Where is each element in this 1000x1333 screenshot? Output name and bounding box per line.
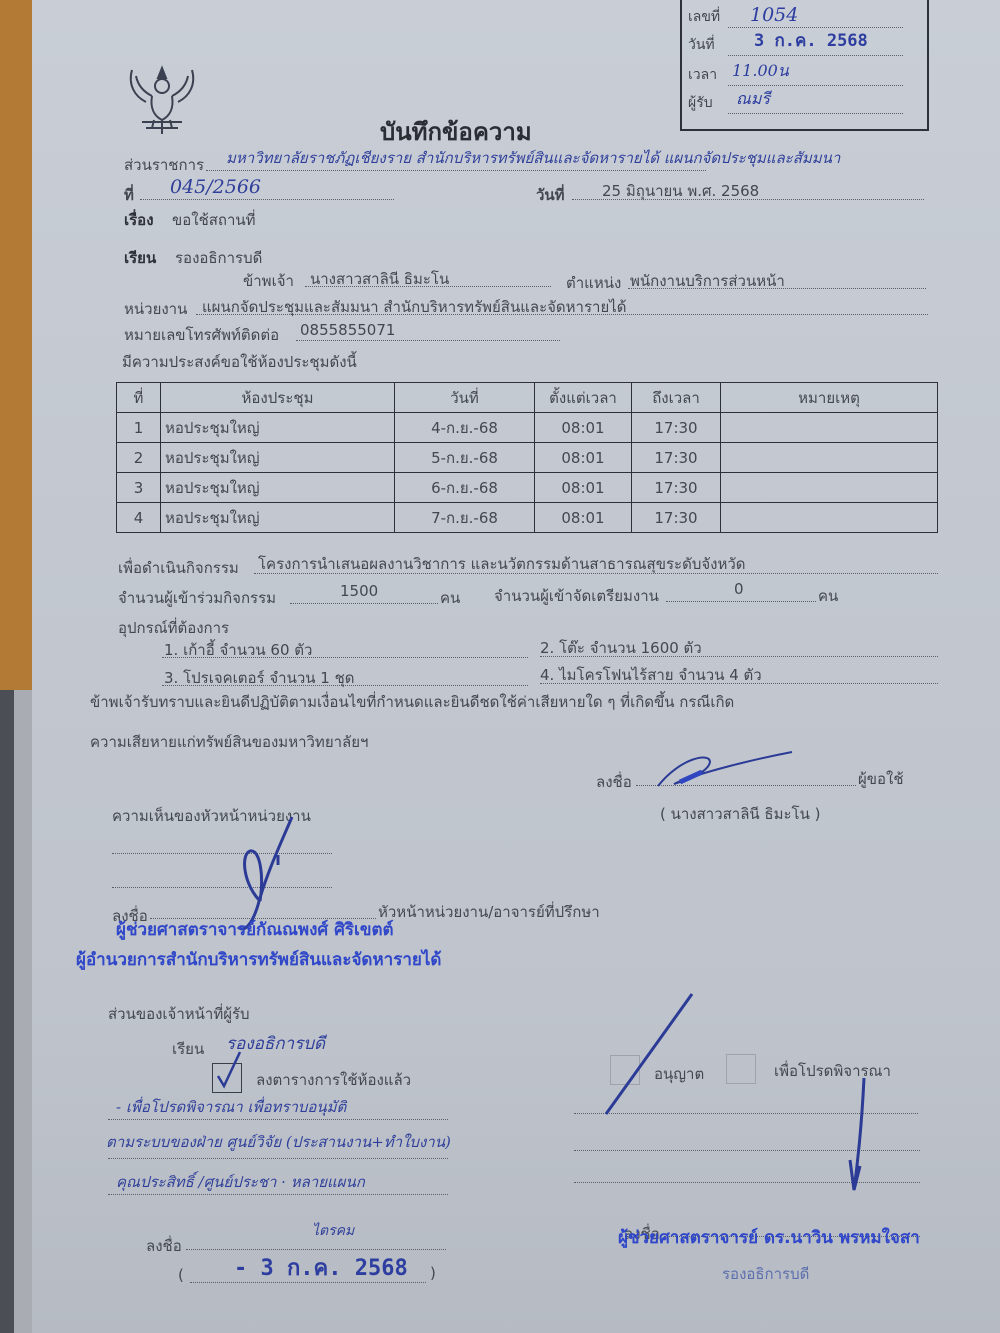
- subject-label: เรื่อง: [124, 208, 154, 232]
- cell-room: หอประชุมใหญ่: [161, 473, 395, 503]
- head-role: หัวหน้าหน่วยงาน/อาจารย์ที่ปรึกษา: [378, 900, 600, 924]
- applicant-role: ผู้ขอใช้: [858, 767, 904, 791]
- receipt-number-label: เลขที่: [688, 6, 720, 28]
- col-header-no: ที่: [117, 383, 161, 413]
- cell-date: 6-ก.ย.-68: [395, 473, 535, 503]
- cell-to: 17:30: [632, 503, 721, 533]
- cell-from: 08:01: [535, 443, 632, 473]
- cell-note: [721, 473, 938, 503]
- agreement-line-2: ความเสียหายแก่ทรัพย์สินของมหาวิทยาลัยฯ: [90, 730, 368, 754]
- equipment-item: 1. เก้าอี้ จำนวน 60 ตัว: [164, 638, 312, 662]
- cell-to: 17:30: [632, 443, 721, 473]
- phone-value: 0855855071: [300, 321, 395, 339]
- unit-label: หน่วยงาน: [124, 297, 187, 321]
- cell-note: [721, 503, 938, 533]
- col-header-note: หมายเหตุ: [721, 383, 938, 413]
- participants-label: จำนวนผู้เข้าร่วมกิจกรรม: [118, 586, 276, 610]
- cell-room: หอประชุมใหญ่: [161, 413, 395, 443]
- agency-value: มหาวิทยาลัยราชภัฏเชียงราย สำนักบริหารทรั…: [226, 146, 840, 170]
- cell-no: 4: [117, 503, 161, 533]
- officer-to-label: เรียน: [172, 1037, 204, 1061]
- to-label: เรียน: [124, 246, 156, 270]
- receipt-date-label: วันที่: [688, 34, 715, 56]
- memo-date-value: 25 มิถุนายน พ.ศ. 2568: [602, 179, 759, 203]
- cell-from: 08:01: [535, 473, 632, 503]
- agency-label: ส่วนราชการ: [124, 153, 204, 177]
- col-header-date: วันที่: [395, 383, 535, 413]
- memo-date-label: วันที่: [536, 183, 565, 207]
- table-row: 3 หอประชุมใหญ่ 6-ก.ย.-68 08:01 17:30: [117, 473, 938, 503]
- equipment-item: 2. โต๊ะ จำนวน 1600 ตัว: [540, 636, 702, 660]
- agreement-line-1: ข้าพเจ้ารับทราบและยินดีปฏิบัติตามเงื่อนไ…: [90, 690, 734, 714]
- room-booking-table: ที่ ห้องประชุม วันที่ ตั้งแต่เวลา ถึงเวล…: [116, 382, 938, 533]
- col-header-room: ห้องประชุม: [161, 383, 395, 413]
- purpose-value: โครงการนำเสนอผลงานวิชาการ และนวัตกรรมด้า…: [258, 552, 746, 576]
- officer-signature: ไตรคม: [312, 1220, 354, 1242]
- checkmark-icon: [212, 1050, 244, 1090]
- receipt-time-label: เวลา: [688, 64, 717, 86]
- approver-stamp-name: ผู้ช่วยศาสตราจารย์ ดร.นาวิน พรหมใจสา: [618, 1224, 920, 1251]
- schedule-recorded-label: ลงตารางการใช้ห้องแล้ว: [256, 1068, 411, 1092]
- officer-paren-open: (: [178, 1266, 184, 1284]
- background-desk: [0, 690, 14, 1333]
- equipment-item: 4. ไมโครโฟนไร้สาย จำนวน 4 ตัว: [540, 663, 762, 687]
- officer-note-1: - เพื่อโปรดพิจารณา เพื่อทราบอนุมัติ: [116, 1095, 346, 1119]
- cell-to: 17:30: [632, 473, 721, 503]
- table-row: 2 หอประชุมใหญ่ 5-ก.ย.-68 08:01 17:30: [117, 443, 938, 473]
- applicant-name: ( นางสาวสาลินี ธิมะโน ): [660, 802, 820, 826]
- approver-title: รองอธิการบดี: [722, 1262, 809, 1286]
- staff-label: จำนวนผู้เข้าจัดเตรียมงาน: [494, 584, 659, 608]
- cell-date: 7-ก.ย.-68: [395, 503, 535, 533]
- cell-date: 5-ก.ย.-68: [395, 443, 535, 473]
- garuda-emblem-icon: [124, 62, 200, 138]
- subject-value: ขอใช้สถานที่: [172, 208, 256, 232]
- head-stamp-title: ผู้อำนวยการสำนักบริหารทรัพย์สินและจัดหาร…: [76, 946, 441, 973]
- cell-room: หอประชุมใหญ่: [161, 503, 395, 533]
- cell-no: 2: [117, 443, 161, 473]
- staff-value: 0: [734, 580, 744, 598]
- table-row: 4 หอประชุมใหญ่ 7-ก.ย.-68 08:01 17:30: [117, 503, 938, 533]
- col-header-to: ถึงเวลา: [632, 383, 721, 413]
- receipt-number: 1054: [750, 4, 798, 26]
- cell-note: [721, 443, 938, 473]
- officer-section-label: ส่วนของเจ้าหน้าที่ผู้รับ: [108, 1002, 250, 1026]
- phone-label: หมายเลขโทรศัพท์ติดต่อ: [124, 323, 279, 347]
- cell-from: 08:01: [535, 503, 632, 533]
- officer-paren-close: ): [430, 1264, 436, 1282]
- equipment-item: 3. โปรเจคเตอร์ จำนวน 1 ชุด: [164, 666, 355, 690]
- cell-to: 17:30: [632, 413, 721, 443]
- cell-from: 08:01: [535, 413, 632, 443]
- receipt-date: 3 ก.ค. 2568: [754, 27, 868, 54]
- officer-note-2: ตามระบบของฝ่าย ศูนย์วิจัย (ประสานงาน+ทำใ…: [106, 1130, 451, 1154]
- participants-unit: คน: [440, 586, 460, 610]
- applicant-value: นางสาวสาลินี ธิมะโน: [310, 267, 449, 291]
- col-header-from: ตั้งแต่เวลา: [535, 383, 632, 413]
- ref-label: ที่: [124, 183, 134, 207]
- intent-text: มีความประสงค์ขอใช้ห้องประชุมดังนี้: [122, 350, 357, 374]
- ref-value: 045/2566: [170, 176, 261, 198]
- position-value: พนักงานบริการส่วนหน้า: [630, 269, 785, 293]
- purpose-label: เพื่อดำเนินกิจกรรม: [118, 556, 239, 580]
- equipment-label: อุปกรณ์ที่ต้องการ: [118, 616, 229, 640]
- receipt-receiver-label: ผู้รับ: [688, 92, 713, 114]
- cell-date: 4-ก.ย.-68: [395, 413, 535, 443]
- officer-note-3: คุณประสิทธิ์ /ศูนย์ประชา · หลายแผนก: [116, 1170, 365, 1194]
- cell-room: หอประชุมใหญ่: [161, 443, 395, 473]
- table-header-row: ที่ ห้องประชุม วันที่ ตั้งแต่เวลา ถึงเวล…: [117, 383, 938, 413]
- participants-value: 1500: [340, 582, 378, 600]
- applicant-signature-icon: [650, 748, 800, 793]
- staff-unit: คน: [818, 584, 838, 608]
- receipt-time: 11.00น: [732, 59, 789, 84]
- to-value: รองอธิการบดี: [175, 246, 262, 270]
- position-label: ตำแหน่ง: [566, 271, 621, 295]
- receipt-receiver: ณมรี: [736, 87, 770, 112]
- cell-no: 1: [117, 413, 161, 443]
- approver-signature-icon: [600, 990, 880, 1200]
- officer-sign-label: ลงชื่อ: [146, 1234, 182, 1258]
- head-stamp-name: ผู้ช่วยศาสตราจารย์กัณณพงศ์ ศิริเขตต์: [116, 916, 394, 943]
- unit-value: แผนกจัดประชุมและสัมมนา สำนักบริหารทรัพย์…: [202, 295, 627, 319]
- table-row: 1 หอประชุมใหญ่ 4-ก.ย.-68 08:01 17:30: [117, 413, 938, 443]
- background-envelope: [0, 0, 34, 690]
- cell-note: [721, 413, 938, 443]
- cell-no: 3: [117, 473, 161, 503]
- applicant-sign-label: ลงชื่อ: [596, 770, 632, 794]
- receipt-stamp-box: รับเรื่อง เลขที่ 1054 วันที่ 3 ก.ค. 2568…: [680, 0, 929, 131]
- applicant-label: ข้าพเจ้า: [243, 269, 294, 293]
- officer-stamp-date: - 3 ก.ค. 2568: [234, 1250, 408, 1285]
